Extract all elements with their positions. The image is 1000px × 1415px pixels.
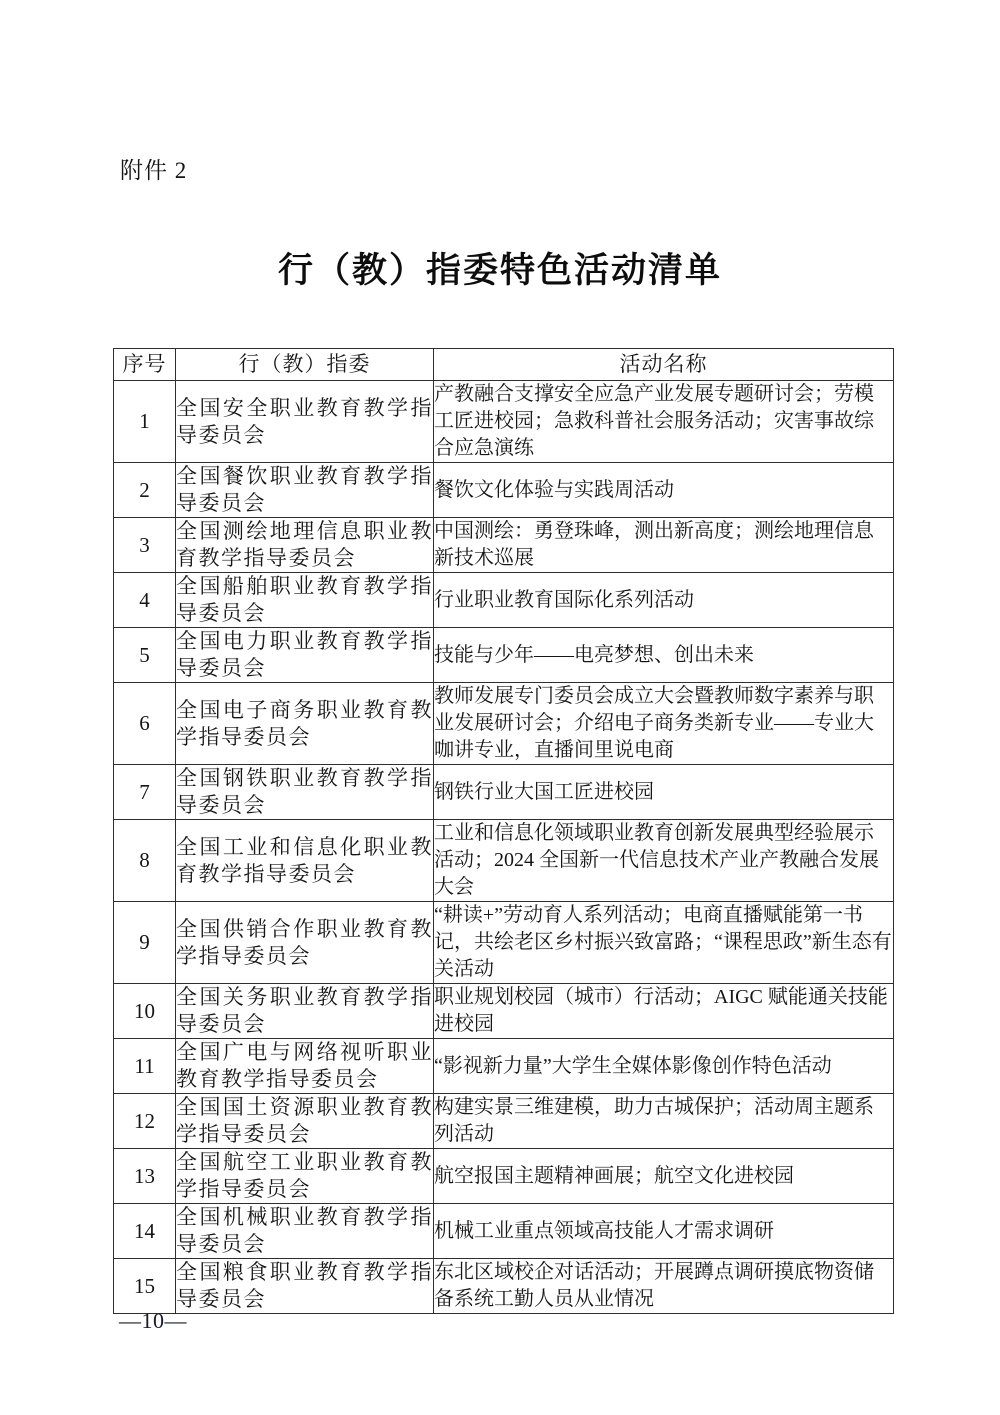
row-serial-number: 10 (114, 984, 176, 1039)
row-committee-name: 全国工业和信息化职业教育教学指导委员会 (176, 820, 434, 902)
page-number: —10— (119, 1308, 187, 1334)
row-committee-name: 全国广电与网络视听职业教育教学指导委员会 (176, 1039, 434, 1094)
row-serial-number: 11 (114, 1039, 176, 1094)
row-committee-name: 全国供销合作职业教育教学指导委员会 (176, 902, 434, 984)
table-row: 12全国国土资源职业教育教学指导委员会构建实景三维建模，助力古城保护；活动周主题… (114, 1094, 894, 1149)
row-committee-name: 全国餐饮职业教育教学指导委员会 (176, 463, 434, 518)
table-row: 9全国供销合作职业教育教学指导委员会“耕读+”劳动育人系列活动；电商直播赋能第一… (114, 902, 894, 984)
row-activity-name: 餐饮文化体验与实践周活动 (434, 463, 894, 518)
row-committee-name: 全国船舶职业教育教学指导委员会 (176, 573, 434, 628)
row-activity-name: 航空报国主题精神画展；航空文化进校园 (434, 1149, 894, 1204)
row-committee-name: 全国关务职业教育教学指导委员会 (176, 984, 434, 1039)
row-activity-name: 机械工业重点领域高技能人才需求调研 (434, 1204, 894, 1259)
table-row: 1全国安全职业教育教学指导委员会产教融合支撑安全应急产业发展专题研讨会；劳模工匠… (114, 381, 894, 463)
table-row: 6全国电子商务职业教育教学指导委员会教师发展专门委员会成立大会暨教师数字素养与职… (114, 683, 894, 765)
row-activity-name: “耕读+”劳动育人系列活动；电商直播赋能第一书记，共绘老区乡村振兴致富路；“课程… (434, 902, 894, 984)
table-row: 5全国电力职业教育教学指导委员会技能与少年——电亮梦想、创出未来 (114, 628, 894, 683)
row-activity-name: 产教融合支撑安全应急产业发展专题研讨会；劳模工匠进校园；急救科普社会服务活动；灾… (434, 381, 894, 463)
row-serial-number: 13 (114, 1149, 176, 1204)
row-committee-name: 全国安全职业教育教学指导委员会 (176, 381, 434, 463)
row-activity-name: 教师发展专门委员会成立大会暨教师数字素养与职业发展研讨会；介绍电子商务类新专业—… (434, 683, 894, 765)
activity-table: 序号 行（教）指委 活动名称 1全国安全职业教育教学指导委员会产教融合支撑安全应… (113, 348, 894, 1314)
row-committee-name: 全国航空工业职业教育教学指导委员会 (176, 1149, 434, 1204)
row-serial-number: 4 (114, 573, 176, 628)
row-serial-number: 12 (114, 1094, 176, 1149)
table-header-row: 序号 行（教）指委 活动名称 (114, 349, 894, 381)
page-title: 行（教）指委特色活动清单 (0, 243, 1000, 293)
attachment-label: 附件 2 (120, 152, 187, 185)
table-row: 4全国船舶职业教育教学指导委员会行业职业教育国际化系列活动 (114, 573, 894, 628)
row-serial-number: 15 (114, 1259, 176, 1314)
header-activity-name: 活动名称 (434, 349, 894, 381)
row-committee-name: 全国电力职业教育教学指导委员会 (176, 628, 434, 683)
header-serial-number: 序号 (114, 349, 176, 381)
table-row: 7全国钢铁职业教育教学指导委员会钢铁行业大国工匠进校园 (114, 765, 894, 820)
table-row: 15全国粮食职业教育教学指导委员会东北区域校企对话活动；开展蹲点调研摸底物资储备… (114, 1259, 894, 1314)
table-row: 2全国餐饮职业教育教学指导委员会餐饮文化体验与实践周活动 (114, 463, 894, 518)
row-serial-number: 5 (114, 628, 176, 683)
row-activity-name: 技能与少年——电亮梦想、创出未来 (434, 628, 894, 683)
row-serial-number: 3 (114, 518, 176, 573)
row-serial-number: 6 (114, 683, 176, 765)
row-committee-name: 全国测绘地理信息职业教育教学指导委员会 (176, 518, 434, 573)
header-committee: 行（教）指委 (176, 349, 434, 381)
row-activity-name: 行业职业教育国际化系列活动 (434, 573, 894, 628)
row-serial-number: 9 (114, 902, 176, 984)
row-activity-name: 钢铁行业大国工匠进校园 (434, 765, 894, 820)
table-row: 10全国关务职业教育教学指导委员会职业规划校园（城市）行活动；AIGC 赋能通关… (114, 984, 894, 1039)
row-activity-name: 中国测绘：勇登珠峰，测出新高度；测绘地理信息新技术巡展 (434, 518, 894, 573)
table-row: 3全国测绘地理信息职业教育教学指导委员会中国测绘：勇登珠峰，测出新高度；测绘地理… (114, 518, 894, 573)
table-row: 14全国机械职业教育教学指导委员会机械工业重点领域高技能人才需求调研 (114, 1204, 894, 1259)
row-serial-number: 7 (114, 765, 176, 820)
row-serial-number: 14 (114, 1204, 176, 1259)
document-page: 附件 2 行（教）指委特色活动清单 序号 行（教）指委 活动名称 1全国安全职业… (0, 0, 1000, 1415)
row-serial-number: 8 (114, 820, 176, 902)
table-row: 13全国航空工业职业教育教学指导委员会航空报国主题精神画展；航空文化进校园 (114, 1149, 894, 1204)
row-committee-name: 全国国土资源职业教育教学指导委员会 (176, 1094, 434, 1149)
row-activity-name: 职业规划校园（城市）行活动；AIGC 赋能通关技能进校园 (434, 984, 894, 1039)
row-committee-name: 全国粮食职业教育教学指导委员会 (176, 1259, 434, 1314)
row-activity-name: 构建实景三维建模，助力古城保护；活动周主题系列活动 (434, 1094, 894, 1149)
table-row: 8全国工业和信息化职业教育教学指导委员会工业和信息化领域职业教育创新发展典型经验… (114, 820, 894, 902)
row-committee-name: 全国机械职业教育教学指导委员会 (176, 1204, 434, 1259)
row-committee-name: 全国电子商务职业教育教学指导委员会 (176, 683, 434, 765)
row-serial-number: 1 (114, 381, 176, 463)
row-committee-name: 全国钢铁职业教育教学指导委员会 (176, 765, 434, 820)
row-serial-number: 2 (114, 463, 176, 518)
table-row: 11全国广电与网络视听职业教育教学指导委员会“影视新力量”大学生全媒体影像创作特… (114, 1039, 894, 1094)
row-activity-name: 东北区域校企对话活动；开展蹲点调研摸底物资储备系统工勤人员从业情况 (434, 1259, 894, 1314)
row-activity-name: “影视新力量”大学生全媒体影像创作特色活动 (434, 1039, 894, 1094)
row-activity-name: 工业和信息化领域职业教育创新发展典型经验展示活动；2024 全国新一代信息技术产… (434, 820, 894, 902)
